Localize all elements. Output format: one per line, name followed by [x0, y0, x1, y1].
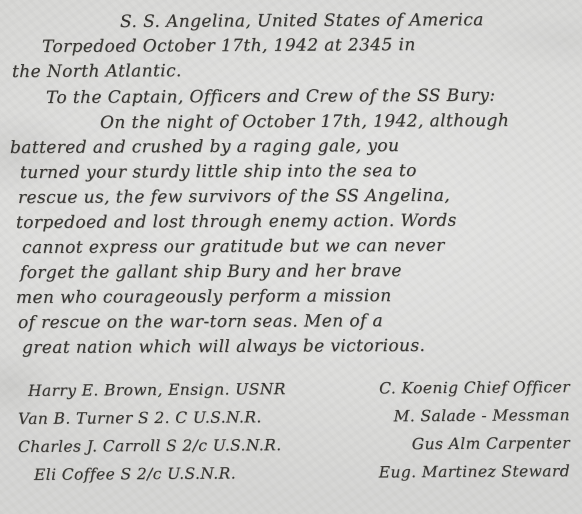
body-line: great nation which will always be victor… [22, 333, 574, 361]
body-line: rescue us, the few survivors of the SS A… [18, 183, 574, 211]
signature-name-rank: Charles J. Carroll S 2/c U.S.N.R. [18, 431, 282, 461]
body-line: turned your sturdy little ship into the … [20, 158, 574, 186]
body-line: cannot express our gratitude but we can … [22, 233, 574, 261]
body-line: men who courageously perform a mission [16, 283, 574, 311]
signature-row: Charles J. Carroll S 2/c U.S.N.R. Gus Al… [8, 429, 574, 461]
signature-name-role: Gus Alm Carpenter [412, 429, 570, 458]
signature-name-role: C. Koenig Chief Officer [379, 373, 570, 402]
signature-row: Harry E. Brown, Ensign. USNR C. Koenig C… [8, 373, 574, 405]
letter-subtitle-torpedoed: Torpedoed October 17th, 1942 at 2345 in [42, 32, 574, 60]
letter-title: S. S. Angelina, United States of America [120, 8, 574, 35]
signature-name-rank: Harry E. Brown, Ensign. USNR [28, 375, 286, 405]
body-line: On the night of October 17th, 1942, alth… [100, 109, 574, 136]
letter-salutation: To the Captain, Officers and Crew of the… [46, 83, 574, 111]
signature-name-role: Eug. Martinez Steward [379, 457, 570, 486]
signature-name-rank: Van B. Turner S 2. C U.S.N.R. [18, 403, 262, 433]
letter-subtitle-location: the North Atlantic. [12, 57, 574, 85]
signature-row: Van B. Turner S 2. C U.S.N.R. M. Salade … [8, 401, 574, 433]
signature-block: Harry E. Brown, Ensign. USNR C. Koenig C… [8, 377, 574, 489]
letter-body: On the night of October 17th, 1942, alth… [8, 111, 574, 361]
signature-name-role: M. Salade - Messman [393, 401, 570, 430]
body-line: torpedoed and lost through enemy action.… [16, 208, 574, 236]
signature-name-rank: Eli Coffee S 2/c U.S.N.R. [34, 459, 236, 488]
body-line: battered and crushed by a raging gale, y… [10, 133, 574, 161]
letter-page: S. S. Angelina, United States of America… [0, 0, 582, 514]
body-line: forget the gallant ship Bury and her bra… [20, 258, 574, 286]
signature-row: Eli Coffee S 2/c U.S.N.R. Eug. Martinez … [8, 457, 574, 489]
body-line: of rescue on the war-torn seas. Men of a [18, 308, 574, 336]
